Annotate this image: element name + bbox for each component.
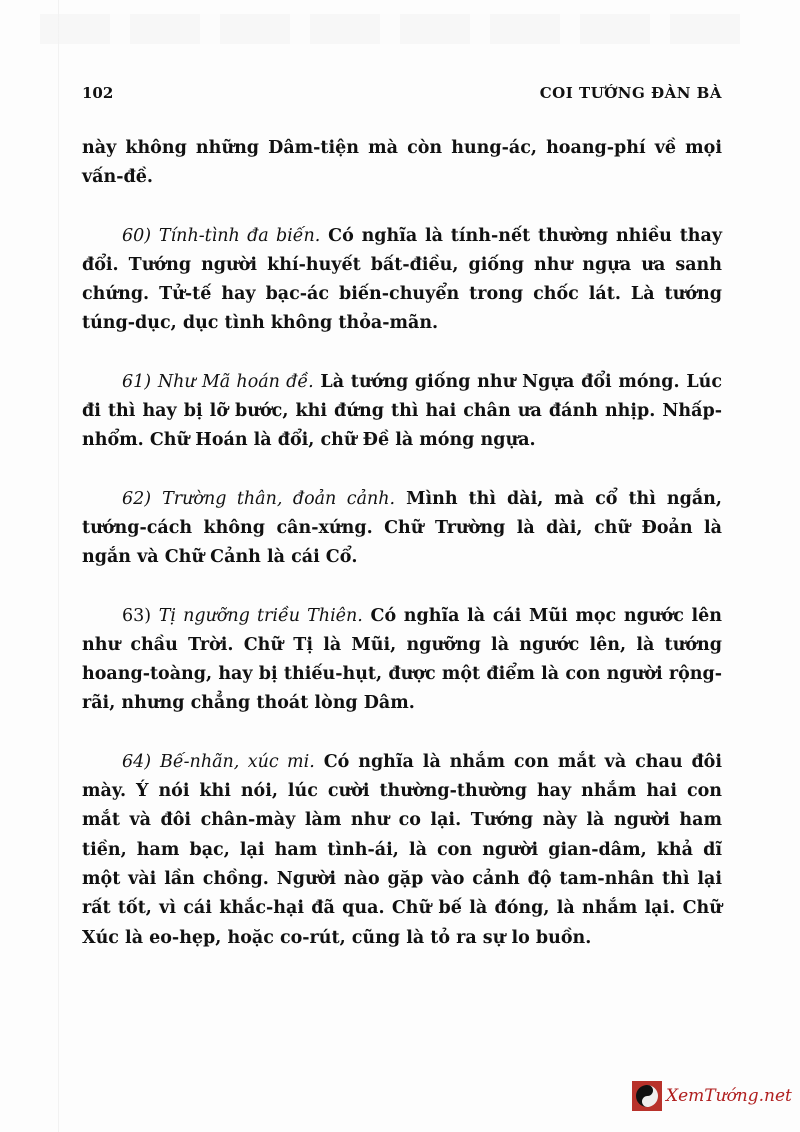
list-item-60: 60) Tính-tình đa biến. Có nghĩa là tính-… [82, 222, 722, 339]
item-number: 61) [122, 372, 151, 392]
item-number: 62) [122, 489, 151, 509]
page-header: 102 COI TƯỚNG ĐÀN BÀ [82, 84, 722, 102]
bleed-through-artifact [40, 14, 740, 44]
item-term: Tị ngưỡng triều Thiên. [159, 606, 363, 626]
list-item-62: 62) Trường thân, đoản cảnh. Mình thì dài… [82, 485, 722, 573]
page-number: 102 [82, 84, 113, 102]
list-item-61: 61) Như Mã hoán đề. Là tướng giống như N… [82, 368, 722, 456]
item-term: Tính-tình đa biến. [159, 226, 320, 246]
site-watermark: XemTướng.net [632, 1081, 792, 1111]
paragraph-continuation: này không những Dâm-tiện mà còn hung-ác,… [82, 134, 722, 193]
list-item-64: 64) Bế-nhãn, xúc mi. Có nghĩa là nhắm co… [82, 748, 722, 953]
item-number: 63) [122, 606, 151, 626]
item-text: Có nghĩa là nhắm con mắt và chau đôi mày… [82, 752, 722, 948]
watermark-site-name: XemTướng.net [666, 1086, 792, 1106]
item-term: Trường thân, đoản cảnh. [162, 489, 395, 509]
logo-box [632, 1081, 662, 1111]
item-number: 64) [122, 752, 151, 772]
yin-yang-icon [636, 1085, 658, 1107]
item-number: 60) [122, 226, 151, 246]
list-item-63: 63) Tị ngưỡng triều Thiên. Có nghĩa là c… [82, 602, 722, 719]
paragraph-text: này không những Dâm-tiện mà còn hung-ác,… [82, 138, 722, 187]
page-edge [58, 0, 59, 1132]
running-title: COI TƯỚNG ĐÀN BÀ [540, 84, 722, 102]
page-body: này không những Dâm-tiện mà còn hung-ác,… [82, 134, 722, 982]
item-term: Như Mã hoán đề. [158, 372, 314, 392]
item-term: Bế-nhãn, xúc mi. [160, 752, 315, 772]
